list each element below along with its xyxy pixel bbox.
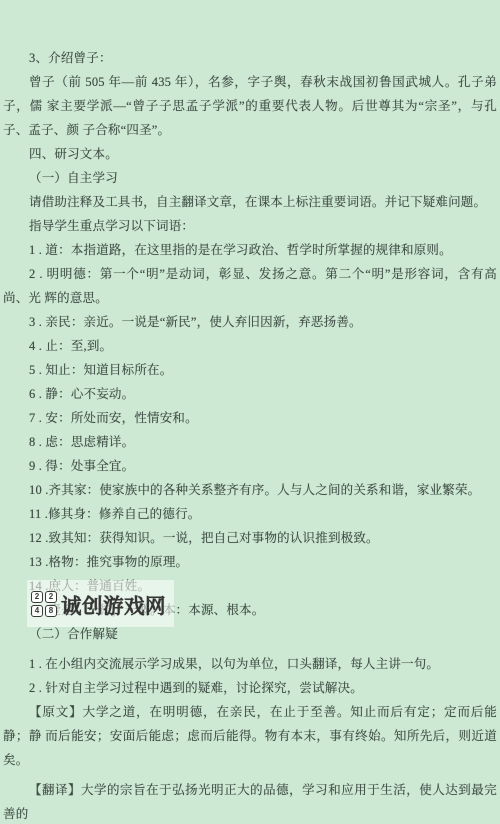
watermark-site-name: 诚创游戏网	[61, 589, 166, 619]
paragraph: 9 . 得：处事全宜。	[3, 454, 497, 478]
paragraph: 【翻译】大学的宗旨在于弘扬光明正大的品德，学习和应用于生活，使人达到最完善的	[3, 778, 497, 824]
paragraph: 10 .齐其家：使家族中的各种关系整齐有序。人与人之间的关系和谐，家业繁荣。	[3, 478, 497, 502]
paragraph: 【原文】大学之道，在明明德，在亲民，在止于至善。知止而后有定；定而后能静；静 而…	[3, 700, 497, 772]
paragraph: 3、介绍曾子：	[3, 46, 497, 70]
watermark-logo-digit: 2	[45, 591, 57, 603]
paragraph: 请借助注释及工具书，自主翻译文章，在课本上标注重要词语。并记下疑难问题。	[3, 190, 497, 214]
paragraph: 11 .修其身：修养自己的德行。	[3, 502, 497, 526]
paragraph: 7 . 安：所处而安，性情安和。	[3, 406, 497, 430]
paragraph: 12 .致其知：获得知识。一说，把自己对事物的认识推到极致。	[3, 526, 497, 550]
watermark-logo-digit: 2	[31, 591, 43, 603]
paragraph: 3 . 亲民：亲近。一说是“新民”，使人弃旧因新，弃恶扬善。	[3, 310, 497, 334]
paragraph: 曾子（前 505 年—前 435 年），名参，字子舆，春秋末战国初鲁国武城人。孔…	[3, 70, 497, 142]
watermark-logo-digit: 8	[45, 605, 57, 617]
paragraph: 1 . 在小组内交流展示学习成果，以句为单位，口头翻译，每人主讲一句。	[3, 652, 497, 676]
paragraph: 1 . 道：本指道路，在这里指的是在学习政治、哲学时所掌握的规律和原则。	[3, 238, 497, 262]
paragraph: 2 . 针对自主学习过程中遇到的疑难，讨论探究，尝试解决。	[3, 676, 497, 700]
paragraph: 2 . 明明德：第一个“明”是动词，彰显、发扬之意。第二个“明”是形容词，含有高…	[3, 262, 497, 310]
watermark-badge: 2 2 4 8 诚创游戏网	[27, 580, 174, 627]
document-body: 3、介绍曾子：曾子（前 505 年—前 435 年），名参，字子舆，春秋末战国初…	[0, 0, 500, 824]
paragraph: 指导学生重点学习以下词语：	[3, 214, 497, 238]
paragraph: 13 .格物：推究事物的原理。	[3, 550, 497, 574]
paragraph: 4 . 止：至,到。	[3, 334, 497, 358]
paragraph: 8 . 虑：思虑精详。	[3, 430, 497, 454]
watermark-logo-digit: 4	[31, 605, 43, 617]
paragraph: 四、研习文本。	[3, 142, 497, 166]
paragraph: 5 . 知止：知道目标所在。	[3, 358, 497, 382]
paragraph: （一）自主学习	[3, 166, 497, 190]
watermark-2248-logo-icon: 2 2 4 8	[31, 591, 57, 617]
paragraph: 6 . 静：心不妄动。	[3, 382, 497, 406]
document-page: 3、介绍曾子：曾子（前 505 年—前 435 年），名参，字子舆，春秋末战国初…	[0, 0, 500, 824]
